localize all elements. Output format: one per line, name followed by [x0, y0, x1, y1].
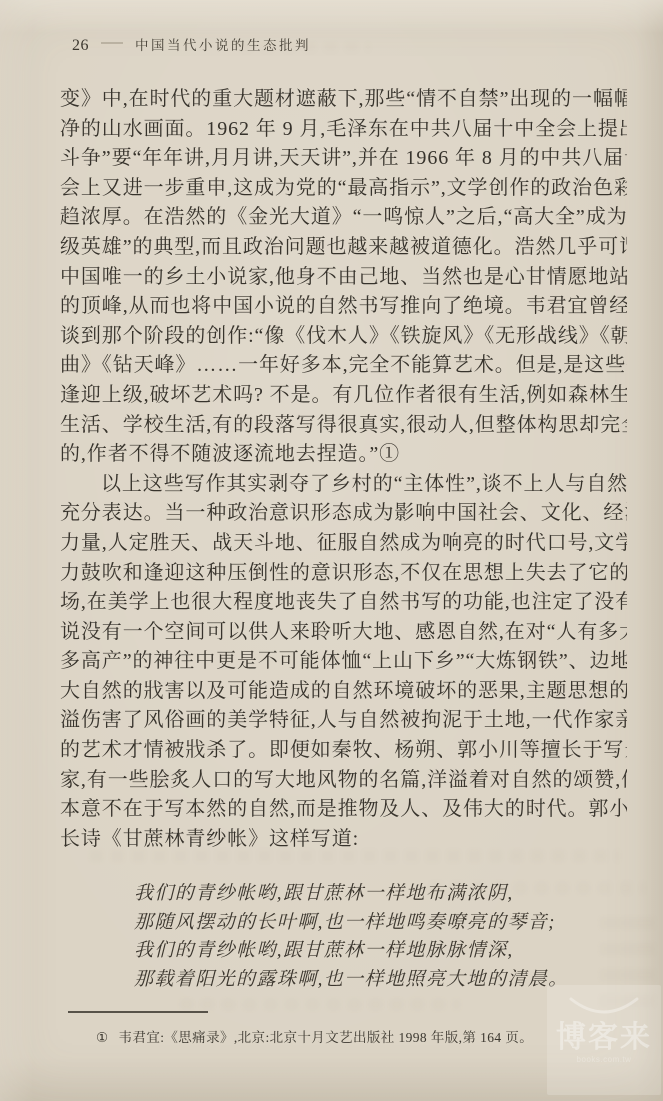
- body-line: 力鼓吹和逢迎这种压倒性的意识形态,不仅在思想上失去了它的批判立: [60, 559, 627, 589]
- body-line: 净的山水画面。1962 年 9 月,毛泽东在中共八届十中全会上提出,“阶级: [60, 115, 627, 145]
- body-line: 逢迎上级,破坏艺术吗? 不是。有几位作者很有生活,例如森林生活、农村: [60, 381, 627, 411]
- body-line: 的艺术才情被戕杀了。即便如秦牧、杨朔、郭小川等擅长于写景状物的作: [60, 736, 627, 766]
- body-line: 说没有一个空间可以供人来聆听大地、感恩自然,在对“人有多大胆,地有: [60, 618, 627, 648]
- body-line: 家,有一些脍炙人口的写大地风物的名篇,洋溢着对自然的颂赞,但其实其: [60, 766, 627, 796]
- footnote-marker: ①: [96, 1030, 109, 1045]
- body-line: 级英雄”的典型,而且政治问题也越来越被道德化。浩然几乎可谓 70 年代: [60, 233, 627, 263]
- running-title: 中国当代小说的生态批判: [135, 34, 311, 54]
- watermark-logo: 博客来 books.com.tw: [547, 985, 661, 1095]
- footnote: ①韦君宜:《思痛录》,北京:北京十月文艺出版社 1998 年版,第 164 页。: [60, 1026, 627, 1046]
- page-header: 26 中国当代小说的生态批判: [72, 34, 627, 55]
- watermark-url: books.com.tw: [577, 1055, 632, 1064]
- body-line: 本意不在于写本然的自然,而是推物及人、及伟大的时代。郭小川著名的: [60, 795, 627, 825]
- body-line: 变》中,在时代的重大题材遮蔽下,那些“情不自禁”出现的一幅幅清新明: [60, 85, 627, 115]
- smile-arc-icon: [567, 995, 641, 1021]
- body-line: 场,在美学上也很大程度地丧失了自然书写的功能,也注定了没有人或者: [60, 588, 627, 618]
- body-line: 谈到那个阶段的创作:“像《伐木人》《铁旋风》《无形战线》《朝晖》《晨光: [60, 322, 627, 352]
- body-line: 的顶峰,从而也将中国小说的自然书写推向了绝境。韦君宜曾经有一段话: [60, 292, 627, 322]
- body-line: 充分表达。当一种政治意识形态成为影响中国社会、文化、经济的最主要: [60, 499, 627, 529]
- body-line: 长诗《甘蔗林青纱帐》这样写道:: [60, 825, 627, 855]
- footnote-area: ①韦君宜:《思痛录》,北京:北京十月文艺出版社 1998 年版,第 164 页。: [60, 1011, 627, 1046]
- body-line: 斗争”要“年年讲,月月讲,天天讲”,并在 1966 年 8 月的中共八届十一中全: [60, 144, 627, 174]
- poem-line: 那随风摆动的长叶啊,也一样地鸣奏嘹亮的琴音;: [134, 909, 627, 938]
- footnote-rule: [68, 1011, 208, 1013]
- body-line: 会上又进一步重申,这成为党的“最高指示”,文学创作的政治色彩随之更: [60, 174, 627, 204]
- footnote-text: 韦君宜:《思痛录》,北京:北京十月文艺出版社 1998 年版,第 164 页。: [119, 1030, 534, 1045]
- page-number: 26: [72, 37, 89, 55]
- poem-line: 我们的青纱帐哟,跟甘蔗林一样地布满浓阴,: [134, 880, 627, 909]
- body-line: 的,作者不得不随波逐流地去捏造。”①: [60, 440, 627, 470]
- body-line: 生活、学校生活,有的段落写得很真实,很动人,但整体构思却完全是捏造: [60, 411, 627, 441]
- body-line: 中国唯一的乡土小说家,他身不由己地、当然也是心甘情愿地站在了文坛: [60, 263, 627, 293]
- body-line: 曲》《钻天峰》……一年好多本,完全不能算艺术。但是,是这些作者有意: [60, 351, 627, 381]
- header-divider: [101, 42, 123, 44]
- body-line: 趋浓厚。在浩然的《金光大道》“一鸣惊人”之后,“高大全”成为“无产阶: [60, 203, 627, 233]
- book-page: 26 中国当代小说的生态批判 变》中,在时代的重大题材遮蔽下,那些“情不自禁”出…: [0, 0, 663, 1101]
- main-text: 变》中,在时代的重大题材遮蔽下,那些“情不自禁”出现的一幅幅清新明 净的山水画面…: [60, 85, 627, 994]
- poem-line: 我们的青纱帐哟,跟甘蔗林一样地脉脉情深,: [134, 937, 627, 966]
- body-line: 力量,人定胜天、战天斗地、征服自然成为响亮的时代口号,文学不得不竭: [60, 529, 627, 559]
- body-line: 溢伤害了风俗画的美学特征,人与自然被拘泥于土地,一代作家亲近自然: [60, 706, 627, 736]
- body-line: 多高产”的神往中更是不可能体恤“上山下乡”“大炼钢铁”、边地农垦等对: [60, 647, 627, 677]
- body-line: 以上这些写作其实剥夺了乡村的“主体性”,谈不上人与自然关系的: [60, 470, 627, 500]
- scan-artifact: [180, 999, 460, 1010]
- poem-quote: 我们的青纱帐哟,跟甘蔗林一样地布满浓阴, 那随风摆动的长叶啊,也一样地鸣奏嘹亮的…: [60, 880, 627, 994]
- body-line: 大自然的戕害以及可能造成的自然环境破坏的恶果,主题思想的外显和漫: [60, 677, 627, 707]
- watermark-name: 博客来: [556, 1021, 652, 1055]
